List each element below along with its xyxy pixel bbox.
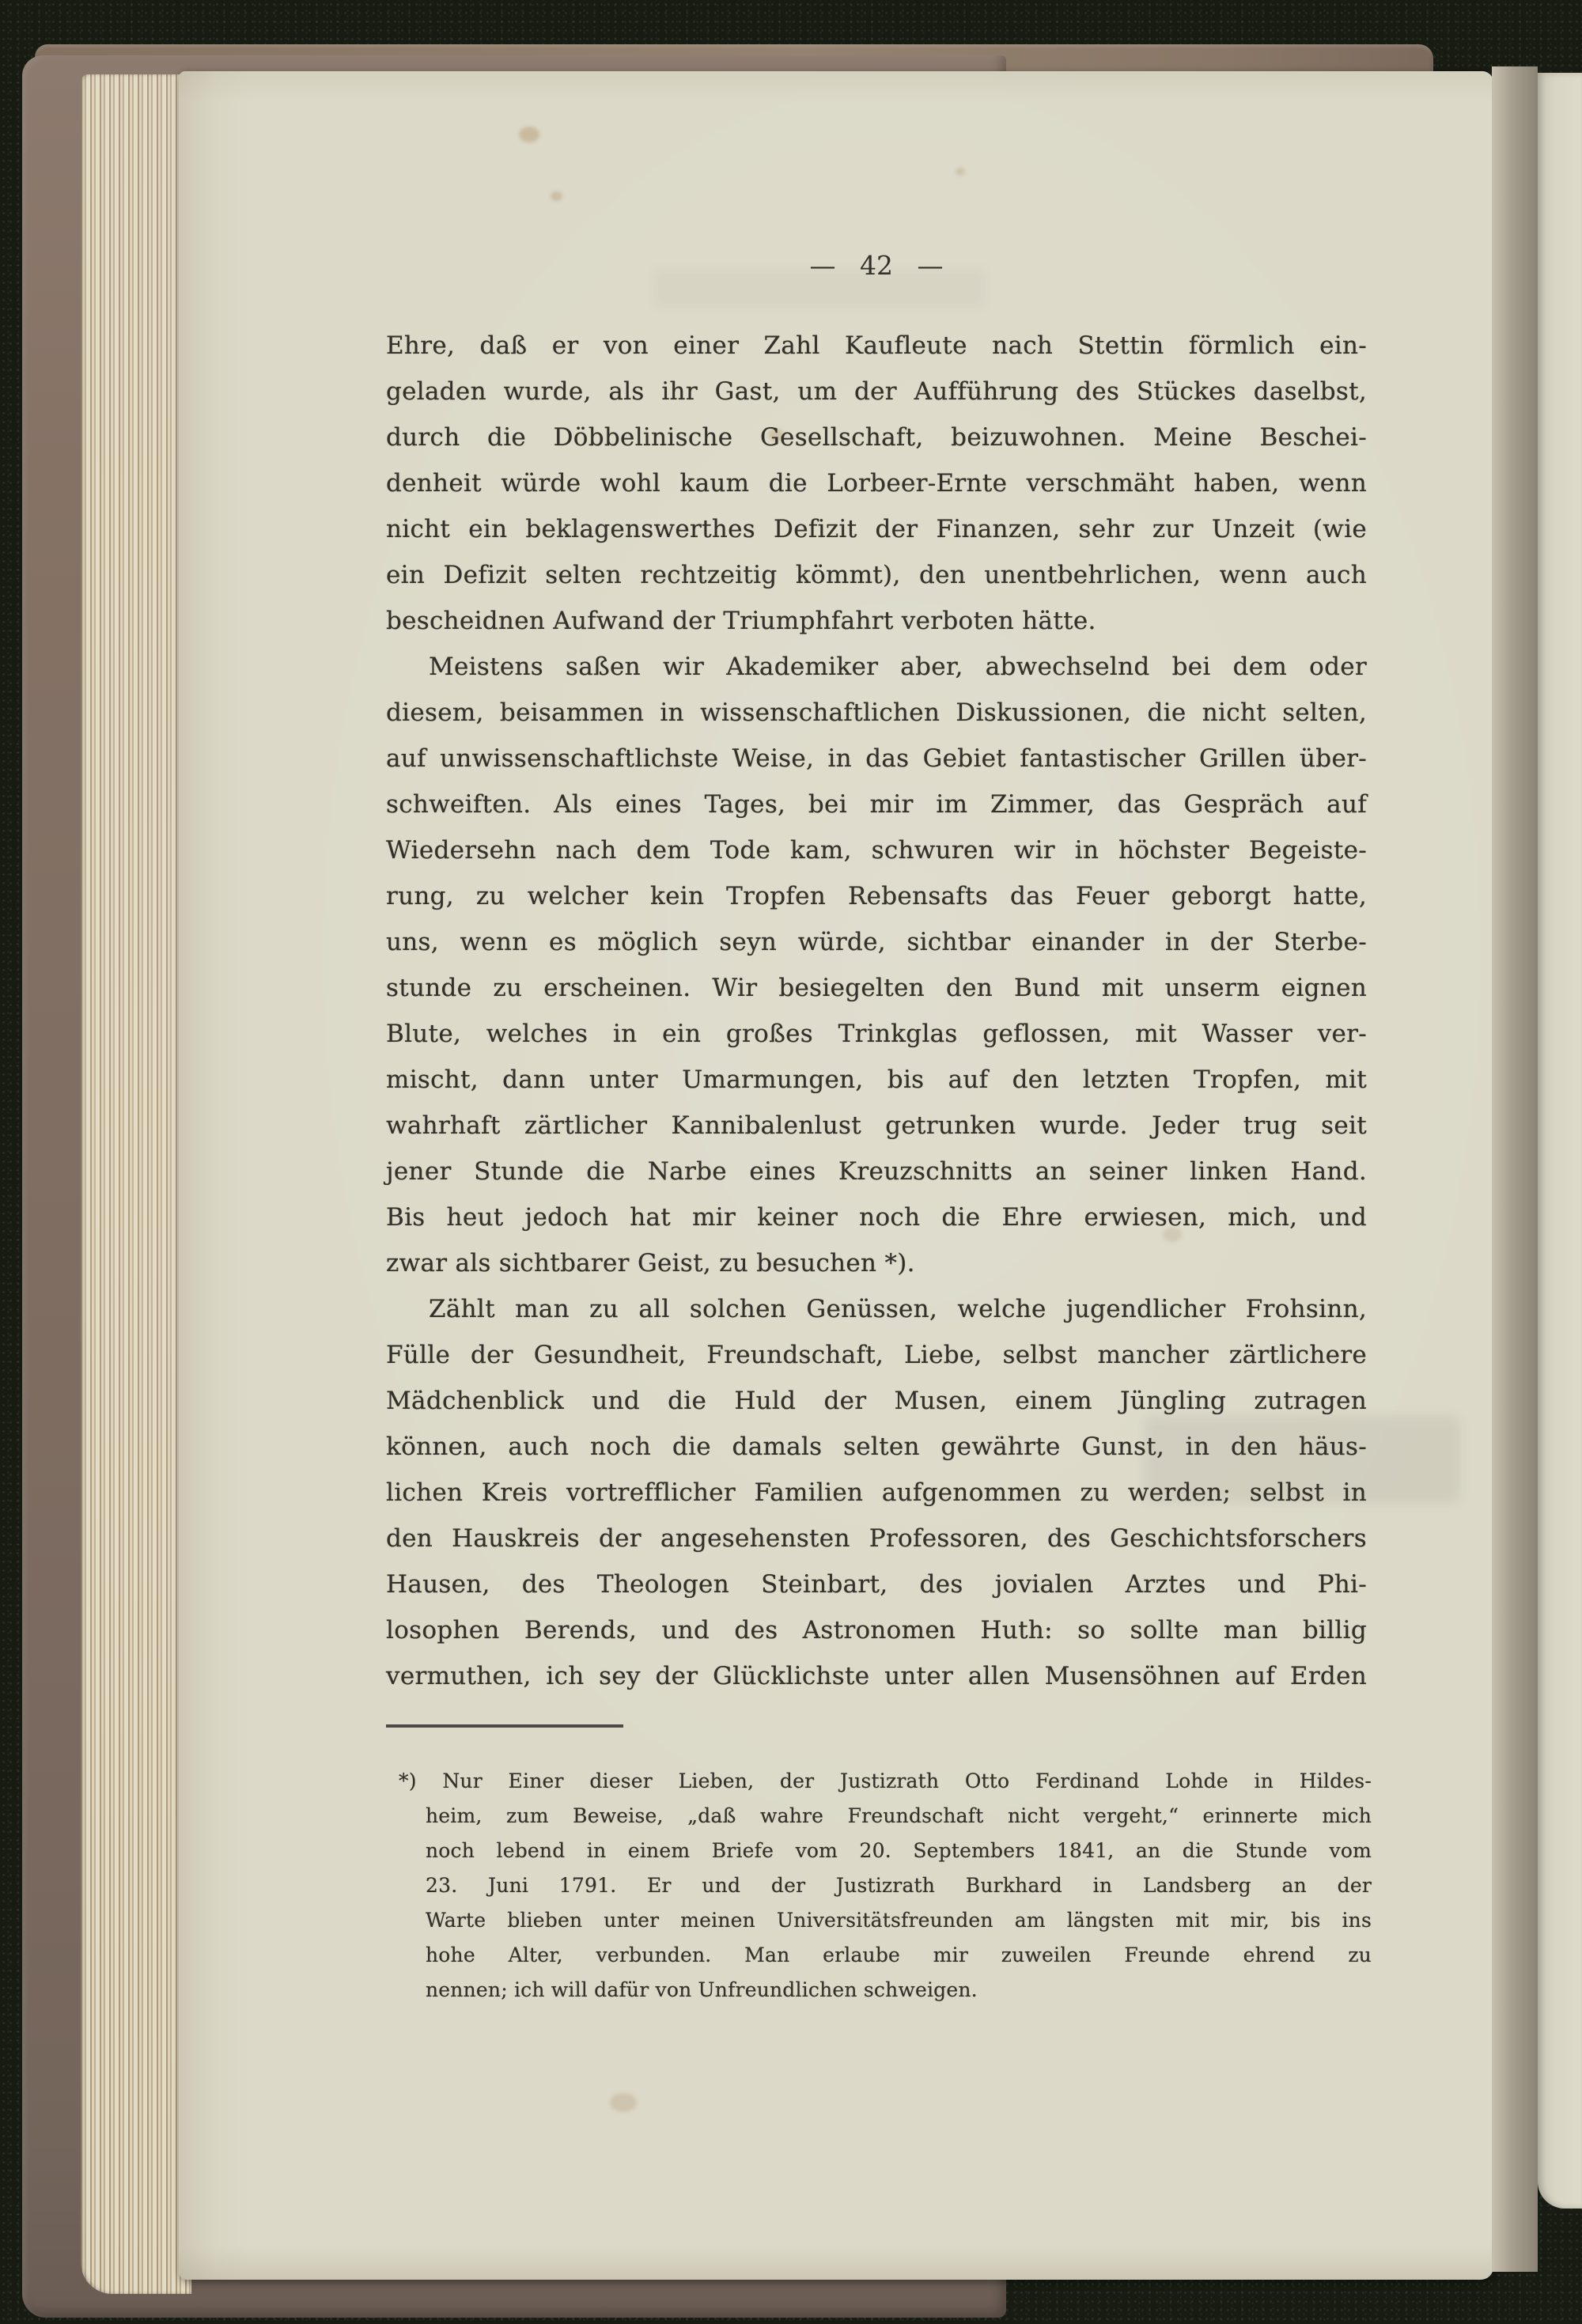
body-line: zwar als sichtbarer Geist, zu besuchen *… <box>386 1240 1367 1286</box>
body-line: Wiedersehn nach dem Tode kam, schwuren w… <box>386 827 1367 873</box>
body-line: Zählt man zu all solchen Genüssen, welch… <box>386 1286 1367 1332</box>
footnote-line: Warte blieben unter meinen Universitätsf… <box>426 1903 1372 1938</box>
body-line: ein Defizit selten rechtzeitig kömmt), d… <box>386 552 1367 598</box>
body-line: auf unwissenschaftlichste Weise, in das … <box>386 736 1367 782</box>
body-line: Meistens saßen wir Akademiker aber, abwe… <box>386 644 1367 690</box>
footnote-line: noch lebend in einem Briefe vom 20. Sept… <box>426 1834 1372 1868</box>
foxing-spot <box>519 127 539 142</box>
body-line: bescheidnen Aufwand der Triumphfahrt ver… <box>386 598 1367 644</box>
footnote-separator-rule <box>386 1724 623 1728</box>
body-line: Mädchenblick und die Huld der Musen, ein… <box>386 1378 1367 1424</box>
body-line: durch die Döbbelinische Gesellschaft, be… <box>386 414 1367 460</box>
body-line: Bis heut jedoch hat mir keiner noch die … <box>386 1194 1367 1240</box>
body-text: Ehre, daß er von einer Zahl Kaufleute na… <box>386 323 1367 1699</box>
body-line: schweiften. Als eines Tages, bei mir im … <box>386 782 1367 827</box>
footnote-line: *) Nur Einer dieser Lieben, der Justizra… <box>399 1764 1372 1799</box>
foxing-spot <box>610 2093 637 2112</box>
footnote-line: 23. Juni 1791. Er und der Justizrath Bur… <box>426 1868 1372 1903</box>
body-line: nicht ein beklagenswerthes Defizit der F… <box>386 506 1367 552</box>
body-line: mischt, dann unter Umarmungen, bis auf d… <box>386 1057 1367 1103</box>
footnote: *) Nur Einer dieser Lieben, der Justizra… <box>426 1764 1372 2008</box>
body-line: lichen Kreis vortrefflicher Familien auf… <box>386 1470 1367 1516</box>
body-line: denheit würde wohl kaum die Lorbeer-Ernt… <box>386 460 1367 506</box>
scanned-page: — 42 — Ehre, daß er von einer Zahl Kaufl… <box>179 71 1493 2280</box>
body-line: vermuthen, ich sey der Glücklichste unte… <box>386 1653 1367 1699</box>
body-line: diesem, beisammen in wissenschaftlichen … <box>386 690 1367 736</box>
body-line: jener Stunde die Narbe eines Kreuzschnit… <box>386 1149 1367 1194</box>
body-line: Ehre, daß er von einer Zahl Kaufleute na… <box>386 323 1367 369</box>
footnote-line: nennen; ich will dafür von Unfreundliche… <box>426 1973 1372 2008</box>
body-line: rung, zu welcher kein Tropfen Rebensafts… <box>386 873 1367 919</box>
body-line: wahrhaft zärtlicher Kannibalenlust getru… <box>386 1103 1367 1149</box>
book-scan: — 42 — Ehre, daß er von einer Zahl Kaufl… <box>0 0 1582 2324</box>
foxing-spot <box>551 191 562 201</box>
body-line: geladen wurde, als ihr Gast, um der Auff… <box>386 369 1367 414</box>
facing-page-edge <box>1538 73 1582 2209</box>
gutter-shadow <box>1492 66 1538 2272</box>
page-fore-edge-stack <box>81 74 191 2294</box>
footnote-line: hohe Alter, verbunden. Man erlaube mir z… <box>426 1938 1372 1973</box>
footnote-line: heim, zum Beweise, „daß wahre Freundscha… <box>426 1799 1372 1834</box>
body-line: Fülle der Gesundheit, Freundschaft, Lieb… <box>386 1332 1367 1378</box>
body-line: Hausen, des Theologen Steinbart, des jov… <box>386 1561 1367 1607</box>
body-line: stunde zu erscheinen. Wir besiegelten de… <box>386 965 1367 1011</box>
page-number-header: — 42 — <box>386 250 1367 288</box>
body-line: den Hauskreis der angesehensten Professo… <box>386 1516 1367 1561</box>
foxing-spot <box>956 168 965 176</box>
body-line: Blute, welches in ein großes Trinkglas g… <box>386 1011 1367 1057</box>
body-line: losophen Berends, und des Astronomen Hut… <box>386 1607 1367 1653</box>
body-line: uns, wenn es möglich seyn würde, sichtba… <box>386 919 1367 965</box>
body-line: können, auch noch die damals selten gewä… <box>386 1424 1367 1470</box>
